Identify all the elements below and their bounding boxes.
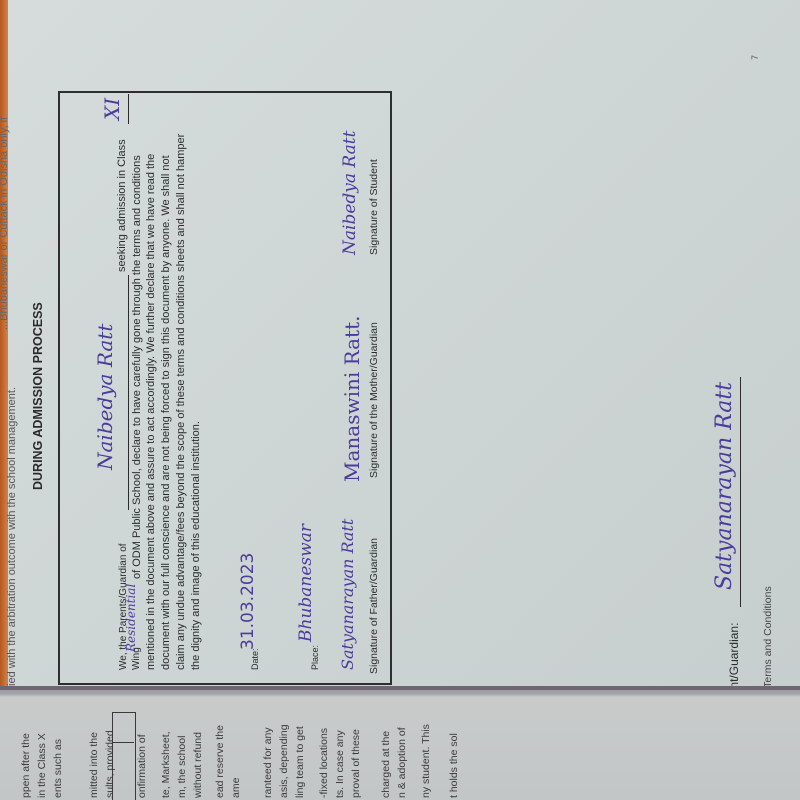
parent-signature-handwritten: Satyanarayan Ratt: [712, 382, 737, 590]
facing-page-line: mitted into the: [88, 732, 100, 798]
facing-page-line: charged at the: [380, 731, 392, 798]
decl-line-4: claim any undue advantage/fees beyond th…: [175, 134, 187, 670]
facing-page-text: ppen after thein the Class Xents such as…: [0, 690, 800, 800]
mother-signature: Manaswini Ratt.: [340, 316, 364, 483]
date-label: Date:: [250, 648, 260, 670]
father-signature: Satyanarayan Ratt: [338, 519, 357, 670]
cut-off-top-line: not satisfied with the arbitration outco…: [6, 387, 18, 730]
class-line: [128, 94, 129, 124]
facing-page-line: without refund: [192, 732, 204, 798]
parent-signature-line: [740, 377, 741, 607]
facing-page-line: m, the school: [176, 736, 188, 798]
date-handwritten: 31.03.2023: [238, 553, 258, 650]
facing-page-line: ny student. This: [420, 724, 432, 798]
place-label: Place:: [310, 645, 320, 670]
seeking-label: seeking admission in Class: [116, 139, 128, 272]
facing-page-line: ranteed for any: [262, 727, 274, 798]
facing-page-line: ame: [230, 778, 242, 798]
decl-line-1: of ODM Public School, declare to have ca…: [131, 155, 143, 579]
student-name-line: [128, 275, 129, 510]
facing-page-line: ling team to get: [294, 726, 306, 798]
rotated-page-content: not satisfied with the arbitration outco…: [0, 0, 800, 800]
student-name-handwritten: Naibedya Ratt: [93, 324, 117, 470]
facing-page-table: [112, 712, 136, 800]
class-handwritten: XI: [100, 98, 124, 120]
facing-page-line: ead reserve the: [214, 725, 226, 798]
facing-page-line: -fixed locations: [318, 728, 330, 798]
facing-page-line: proval of these: [350, 729, 362, 798]
facing-page-line: t holds the sol: [448, 733, 460, 798]
father-signature-label: Signature of Father/Guardian: [368, 538, 380, 674]
facing-page-line: te, Marksheet,: [160, 731, 172, 798]
wing-handwritten: Residential: [124, 584, 138, 652]
student-signature-label: Signature of Student: [368, 159, 380, 255]
facing-page-line: onfirmation of: [136, 734, 148, 798]
facing-page-line: asis, depending: [278, 724, 290, 798]
facing-page-line: in the Class X: [36, 733, 48, 798]
facing-page-table-divider: [112, 742, 134, 743]
mother-signature-label: Signature of the Mother/Guardian: [368, 322, 380, 478]
facing-page-line: ts. In case any: [334, 730, 346, 798]
page-number: 7: [750, 55, 760, 60]
place-handwritten: Bhubaneswar: [296, 524, 316, 642]
student-signature: Naibedya Ratt: [340, 131, 360, 255]
facing-page-line: ppen after the: [20, 733, 32, 798]
decl-line-2: mentioned in the document above and assu…: [145, 154, 157, 670]
facing-page-line: n & adoption of: [396, 727, 408, 798]
decl-line-5: the dignity and image of this educationa…: [190, 421, 202, 670]
section-title: DURING ADMISSION PROCESS: [31, 302, 45, 490]
decl-line-3: document with our full conscience and ar…: [160, 155, 172, 670]
facing-page-line: ents such as: [52, 739, 64, 798]
cut-off-top-line-right: ...Bhubaneswar or Cuttack in Odisha only…: [0, 117, 10, 330]
